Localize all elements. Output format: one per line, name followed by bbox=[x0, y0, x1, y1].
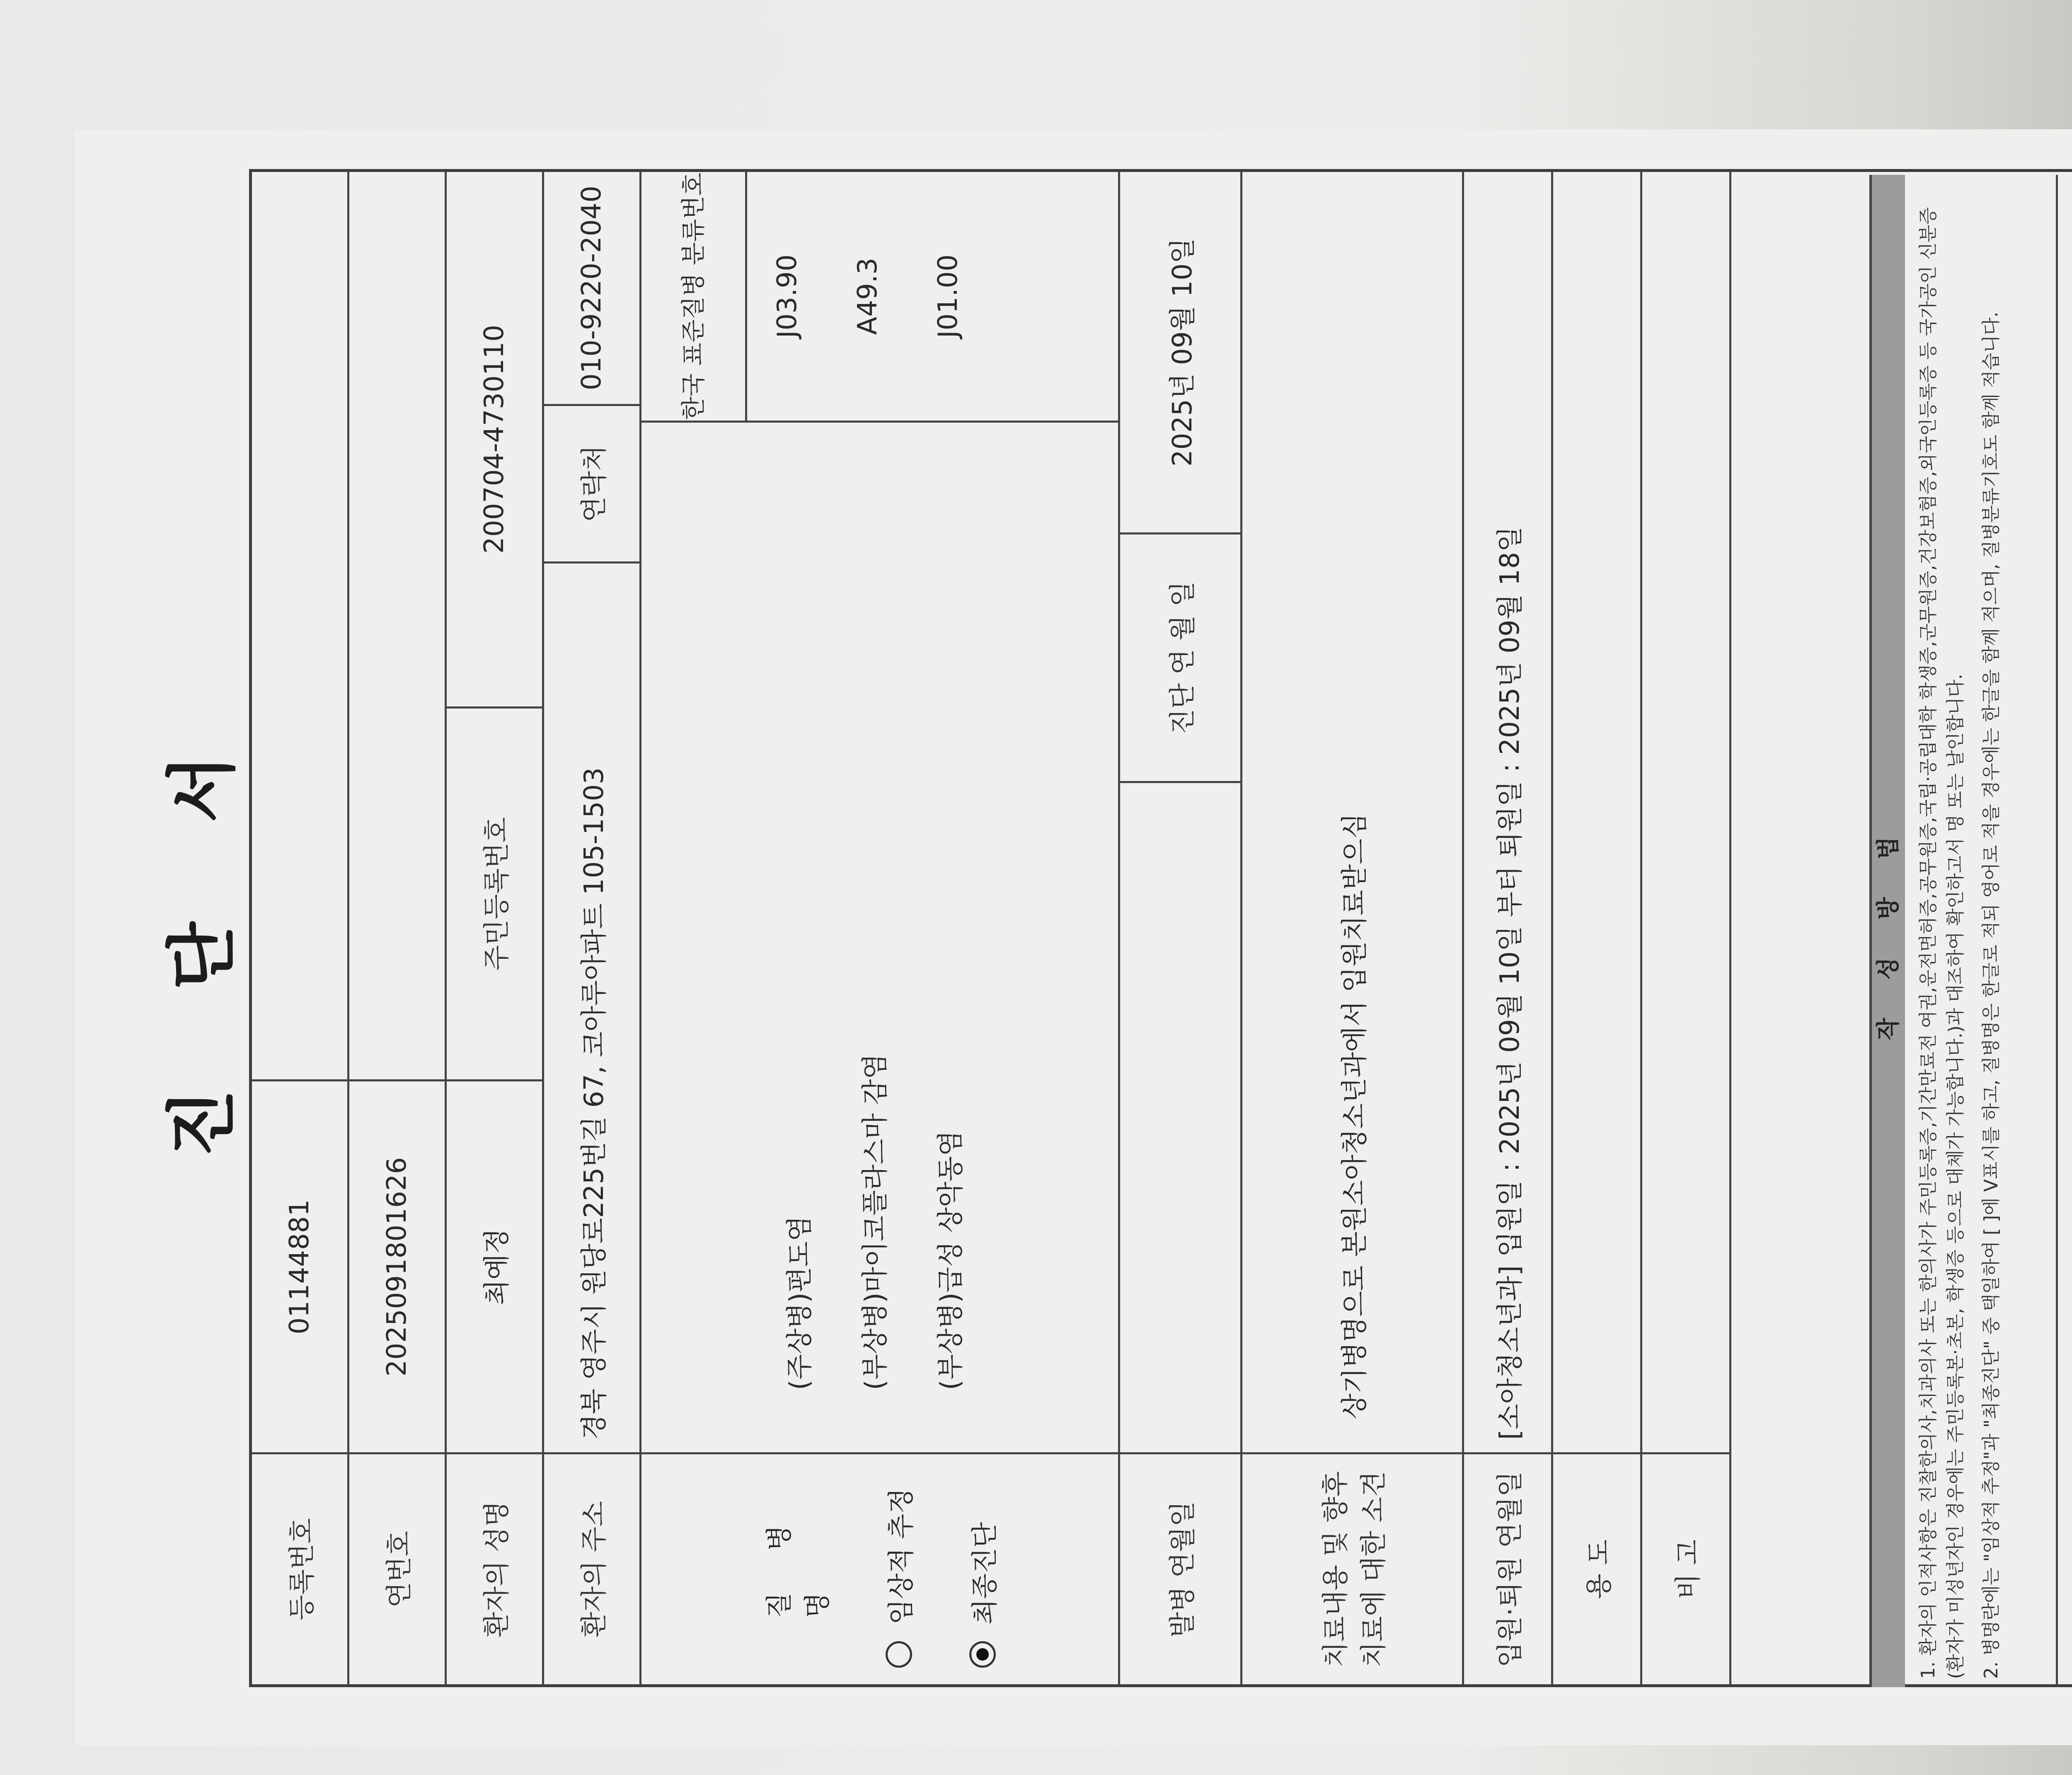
row-remarks: 비 고 bbox=[1642, 172, 1731, 1684]
patient-address: 경북 영주시 원당로225번길 67, 코아루아파트 105-1503 bbox=[544, 561, 639, 1452]
onset-date-label: 발병 연월일 bbox=[1120, 1452, 1240, 1684]
usage-label: 용 도 bbox=[1553, 1452, 1640, 1684]
registration-no-label: 등록번호 bbox=[252, 1452, 347, 1684]
resident-no: 200704-4730110 bbox=[447, 172, 542, 706]
row-serial: 연번호 2025091801626 bbox=[349, 172, 447, 1684]
diagnosis-names: (주상병)편도염 (부상병)마이코플라스마 감염 (부상병)급성 상악동염 bbox=[641, 421, 1118, 1452]
document-title: 진 단 서 bbox=[145, 129, 247, 1745]
diagnosis-date: 2025년 09월 10일 bbox=[1120, 172, 1240, 532]
remarks bbox=[1642, 172, 1729, 1452]
patient-name: 최예정 bbox=[447, 1079, 542, 1452]
diagnosis-name: (부상병)마이코플라스마 감염 bbox=[854, 1054, 892, 1390]
disease-label: 질 병 명 bbox=[758, 1467, 834, 1668]
page-number: 1/1 bbox=[2069, 175, 2072, 206]
diagnosis-code: J01.00 bbox=[933, 254, 963, 338]
serial-no: 2025091801626 bbox=[349, 1079, 445, 1452]
address-label: 환자의 주소 bbox=[544, 1452, 639, 1684]
resident-no-label: 주민등록번호 bbox=[447, 706, 542, 1079]
admission: [소아청소년과] 입원일 : 2025년 09월 10일 부터 퇴원일 : 20… bbox=[1464, 172, 1551, 1452]
footnote: * 「사무관리규정」 에 준용하여 전자이미지관인을 인쇄하며, 직인의 색상은… bbox=[2069, 757, 2072, 1687]
diagnosis-certificate: 진 단 서 등록번호 01144881 연번호 2025091801626 환자… bbox=[75, 129, 2072, 1745]
final-label: 최종진단 bbox=[963, 1522, 1002, 1625]
diagnosis-code: J03.90 bbox=[772, 254, 803, 338]
registration-no: 01144881 bbox=[252, 1079, 347, 1452]
radio-final-diagnosis[interactable]: 최종진단 bbox=[963, 1522, 1002, 1668]
instruction-item: 2. 병명란에는 "임상적 추정"과 "최종진단" 중 택일하여 [ ]에 V표… bbox=[1978, 187, 2005, 1679]
certificate-form: 등록번호 01144881 연번호 2025091801626 환자의 성명 최… bbox=[249, 169, 2072, 1687]
diagnosis-date-label: 진단 연 월 일 bbox=[1120, 532, 1240, 781]
patient-name-label: 환자의 성명 bbox=[447, 1452, 542, 1684]
page-indicator: page: 1/1 bbox=[2069, 175, 2072, 324]
onset-date bbox=[1120, 781, 1240, 1452]
usage bbox=[1553, 172, 1640, 1452]
radio-clinical-estimate[interactable]: 임상적 추정 bbox=[880, 1488, 918, 1668]
serial-no-label: 연번호 bbox=[349, 1452, 445, 1684]
radio-selected-icon bbox=[969, 1641, 996, 1668]
contact-label: 연락처 bbox=[544, 404, 639, 561]
admission-label: 입원·퇴원 연월일 bbox=[1464, 1452, 1551, 1684]
row-opinion: 치료내용 및 향후 치료에 대한 소견 상기병명으로 본원소아청소년과에서 입원… bbox=[1242, 172, 1464, 1684]
diagnosis-label-cell: 질 병 명 임상적 추정 최종진단 bbox=[641, 1452, 1118, 1684]
footer: * 「사무관리규정」 에 준용하여 전자이미지관인을 인쇄하며, 직인의 색상은… bbox=[2056, 175, 2072, 1687]
row-address: 환자의 주소 경북 영주시 원당로225번길 67, 코아루아파트 105-15… bbox=[544, 172, 641, 1684]
row-registration: 등록번호 01144881 bbox=[252, 172, 349, 1684]
diagnosis-codes: 한국 표준질병 분류번호 J03.90 A49.3 J01.00 bbox=[641, 172, 1118, 421]
instructions: 1. 환자의 인적사항은 진찰한의사,치과의사 또는 한의사가 주민등록증,기간… bbox=[1915, 187, 2014, 1679]
diagnosis-name: (주상병)편도염 bbox=[778, 1216, 816, 1390]
blank-cell bbox=[349, 172, 445, 1079]
page-label: page: bbox=[2069, 270, 2072, 324]
clinical-label: 임상적 추정 bbox=[880, 1488, 918, 1625]
diagnosis-code: A49.3 bbox=[852, 258, 883, 335]
row-diagnosis: 질 병 명 임상적 추정 최종진단 (주상병)편도염 (부상병)마이코플라스마 … bbox=[641, 172, 1120, 1684]
diagnosis-name: (부상병)급성 상악동염 bbox=[929, 1130, 967, 1390]
opinion: 상기병명으로 본원소아청소년과에서 입원치료받으심 bbox=[1242, 172, 1462, 1452]
code-header: 한국 표준질병 분류번호 bbox=[641, 172, 747, 421]
contact: 010-9220-2040 bbox=[544, 172, 639, 404]
remarks-label: 비 고 bbox=[1642, 1452, 1729, 1684]
row-usage: 용 도 bbox=[1553, 172, 1642, 1684]
row-dates: 발병 연월일 진단 연 월 일 2025년 09월 10일 bbox=[1120, 172, 1242, 1684]
row-admission: 입원·퇴원 연월일 [소아청소년과] 입원일 : 2025년 09월 10일 부… bbox=[1464, 172, 1553, 1684]
instructions-heading: 작 성 방 법 bbox=[1869, 175, 1905, 1687]
opinion-label: 치료내용 및 향후 치료에 대한 소견 bbox=[1242, 1452, 1462, 1684]
instruction-item: 1. 환자의 인적사항은 진찰한의사,치과의사 또는 한의사가 주민등록증,기간… bbox=[1915, 187, 1970, 1679]
radio-unselected-icon bbox=[886, 1641, 912, 1668]
row-patient: 환자의 성명 최예정 주민등록번호 200704-4730110 bbox=[447, 172, 544, 1684]
blank-cell bbox=[252, 172, 347, 1079]
